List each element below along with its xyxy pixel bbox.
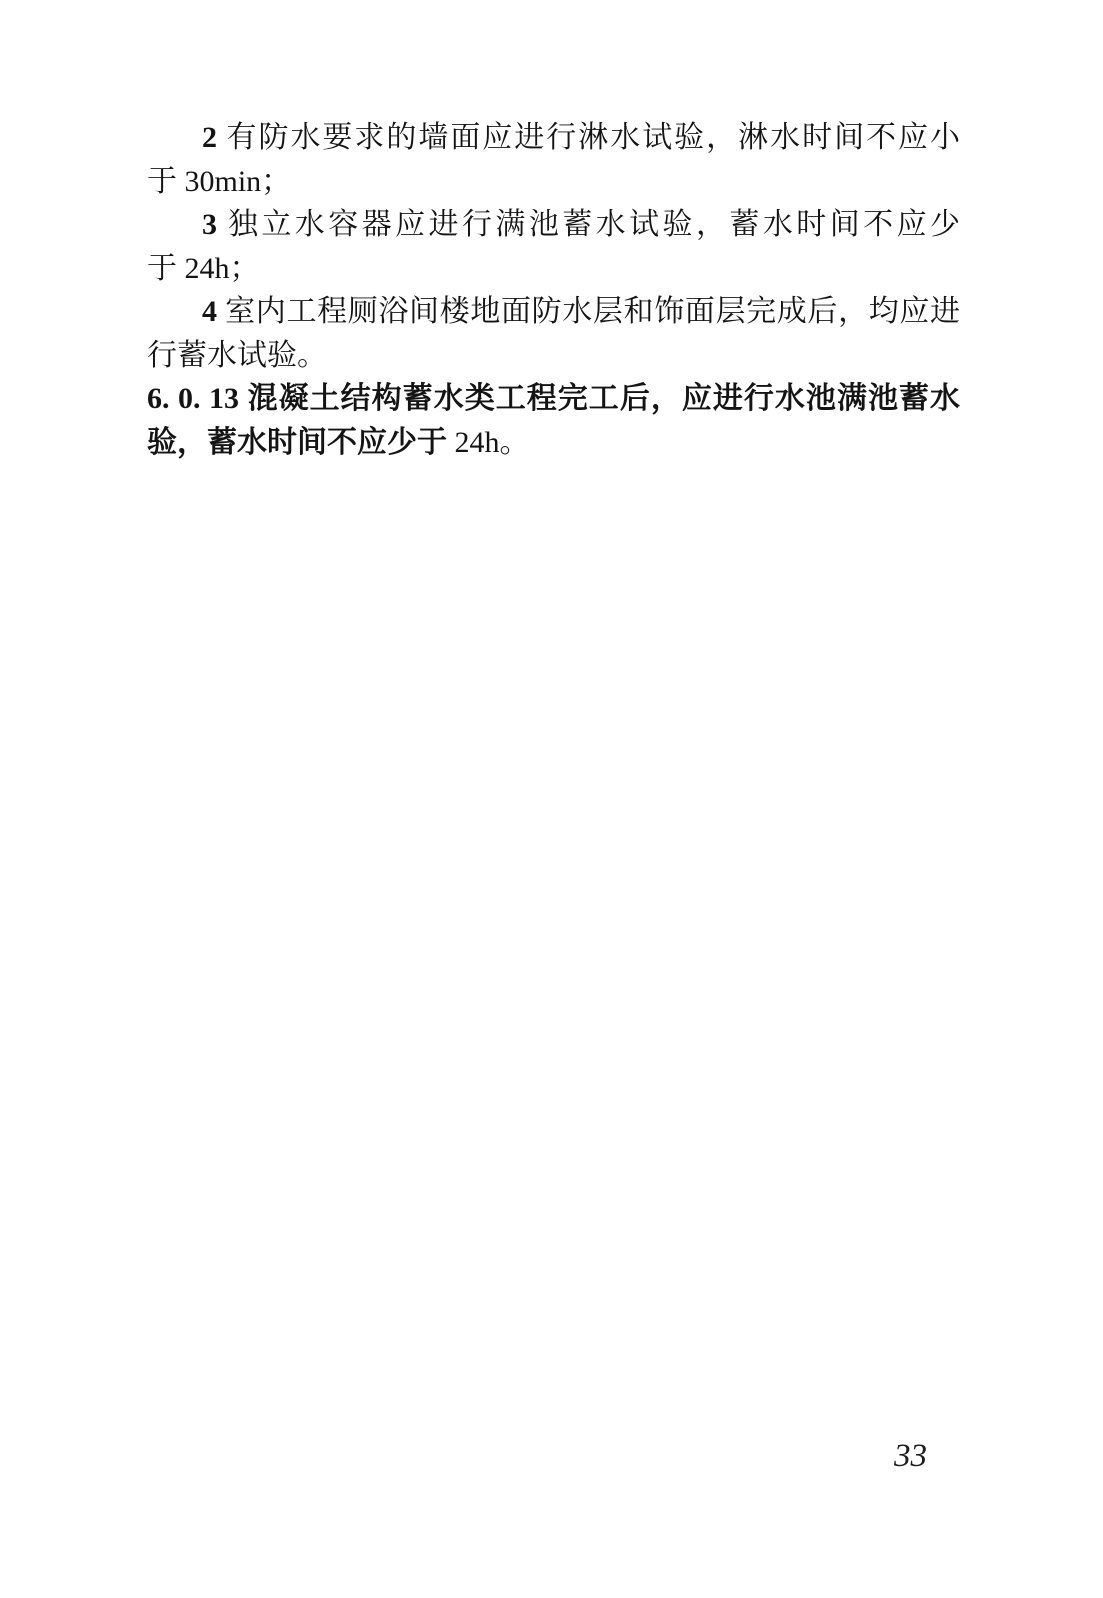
- page-number: 33: [894, 1438, 927, 1475]
- body-text-block: 2 有防水要求的墙面应进行淋水试验，淋水时间不应小 于 30min； 3 独立水…: [147, 116, 960, 464]
- item-2-text: 有防水要求的墙面应进行淋水试验，淋水时间不应小: [226, 121, 960, 154]
- item-3-text: 独立水容器应进行满池蓄水试验，蓄水时间不应少: [228, 208, 960, 241]
- item-3-line: 3 独立水容器应进行满池蓄水试验，蓄水时间不应少: [147, 203, 960, 247]
- clause-6013-text: 混凝土结构蓄水类工程完工后，应进行水池满池蓄水试: [147, 382, 960, 421]
- clause-number-6013: 6. 0. 13: [147, 382, 239, 415]
- item-2-continuation: 于 30min；: [147, 160, 960, 204]
- item-number-2: 2: [202, 121, 217, 154]
- document-page: 2 有防水要求的墙面应进行淋水试验，淋水时间不应小 于 30min； 3 独立水…: [0, 0, 1103, 1598]
- clause-6013-line: 6. 0. 13 混凝土结构蓄水类工程完工后，应进行水池满池蓄水试: [147, 377, 960, 421]
- item-4-continuation: 行蓄水试验。: [147, 334, 960, 378]
- clause-6013-continuation-value: 24h。: [447, 426, 530, 459]
- item-number-3: 3: [202, 208, 217, 241]
- item-4-text: 室内工程厕浴间楼地面防水层和饰面层完成后，均应进: [225, 295, 960, 328]
- clause-6013-continuation-text: 验，蓄水时间不应少于: [147, 426, 447, 459]
- item-2-line: 2 有防水要求的墙面应进行淋水试验，淋水时间不应小: [147, 116, 960, 160]
- item-4-line: 4 室内工程厕浴间楼地面防水层和饰面层完成后，均应进: [147, 290, 960, 334]
- item-3-continuation: 于 24h；: [147, 247, 960, 291]
- clause-6013-continuation: 验，蓄水时间不应少于 24h。: [147, 421, 960, 465]
- item-number-4: 4: [202, 295, 217, 328]
